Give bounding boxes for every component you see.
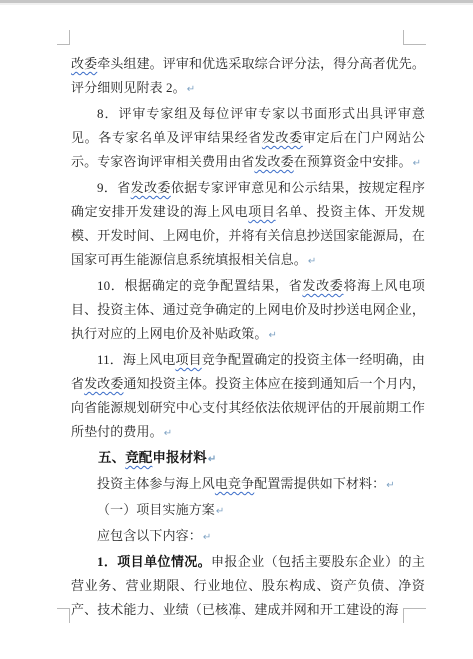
spellcheck-squiggle-text: 发改委 xyxy=(131,180,171,195)
paragraph-item-10-grid-notification: 10．根据确定的竞争配置结果，省发改委将海上风电项目、投资主体、通过竞争确定的上… xyxy=(71,274,425,348)
page-top-edge-shadow xyxy=(0,3,473,5)
text-boundary-mark-top-left xyxy=(57,30,70,45)
text-run: 在预算资金中安排。 xyxy=(294,154,412,169)
heading-subsection-1-implementation-plan: （一）项目实施方案↵ xyxy=(71,498,425,524)
page-number: 7 xyxy=(0,611,473,622)
paragraph-item-8-expert-review: 8．评审专家组及每位评审专家以书面形式出具评审意见。各专家名单及评审结果经省发改… xyxy=(71,102,425,176)
text-run: 10．根据确定的竞争配置结果，省 xyxy=(97,278,302,293)
paragraph-mark-icon: ↵ xyxy=(307,256,316,267)
paragraph-mark-icon: ↵ xyxy=(268,330,277,341)
paragraph-scoring-method: 改委牵头组建。评审和优选采取综合评分法，得分高者优先。评分细则见附表 2。↵ xyxy=(71,52,425,102)
spellcheck-squiggle-text: 电竞争 xyxy=(215,476,254,491)
paragraph-mark-icon: ↵ xyxy=(202,532,211,543)
text-run: 申报材料 xyxy=(152,450,206,465)
text-run: 投资主体参与海上风 xyxy=(97,476,215,491)
text-run: 应包含以下内容： xyxy=(97,528,202,543)
text-run: 牵头组建。评审和优选采取综合评分法，得分高者优先。评分细则见附表 2。 xyxy=(71,56,425,95)
text-run: 1．项目单位情况。 xyxy=(97,554,211,569)
document-body: 改委牵头组建。评审和优选采取综合评分法，得分高者优先。评分细则见附表 2。↵8．… xyxy=(71,52,425,622)
paragraph-materials-intro: 投资主体参与海上风电竞争配置需提供如下材料：↵ xyxy=(71,472,425,498)
paragraph-mark-icon: ↵ xyxy=(163,428,172,439)
spellcheck-squiggle-text: 改委 xyxy=(71,56,97,71)
paragraph-mark-icon: ↵ xyxy=(215,506,224,517)
paragraph-contents-intro: 应包含以下内容：↵ xyxy=(71,524,425,550)
paragraph-mark-icon: ↵ xyxy=(186,84,195,95)
spellcheck-squiggle-text: 项目 xyxy=(175,352,201,367)
text-boundary-mark-top-right xyxy=(403,30,426,45)
paragraph-item-11-investor-payment: 11．海上风电项目竞争配置确定的投资主体一经明确，由省发改委通知投资主体。投资主… xyxy=(71,348,425,446)
paragraph-mark-icon: ↵ xyxy=(207,454,216,465)
paragraph-mark-icon: ↵ xyxy=(385,480,394,491)
heading-section-5-application-materials: 五、竞配申报材料↵ xyxy=(71,446,425,472)
paragraph-mark-icon: ↵ xyxy=(412,158,421,169)
text-run: 9．省 xyxy=(97,180,131,195)
spellcheck-squiggle-text: 发改委 xyxy=(262,130,303,145)
spellcheck-squiggle-text: 发改委 xyxy=(254,154,293,169)
paragraph-item-9-project-list: 9．省发改委依据专家评审意见和公示结果，按规定程序确定安排开发建设的海上风电项目… xyxy=(71,176,425,274)
text-run: 11．海上风电 xyxy=(97,352,175,367)
spellcheck-squiggle-text: 竞配 xyxy=(125,450,152,465)
text-run: （一）项目实施方案 xyxy=(97,502,215,517)
text-run: 五、 xyxy=(98,450,125,465)
spellcheck-squiggle-text: 发改委 xyxy=(84,376,123,391)
spellcheck-squiggle-text: 发改委 xyxy=(302,278,343,293)
text-run: 通知投资主体。投资主体应在接到通知后一个月内，向省能源规划研究中心支付其经依法依… xyxy=(71,376,425,439)
spellcheck-squiggle-text: 项目 xyxy=(248,204,275,219)
text-run: 配置需提供如下材料： xyxy=(254,476,385,491)
